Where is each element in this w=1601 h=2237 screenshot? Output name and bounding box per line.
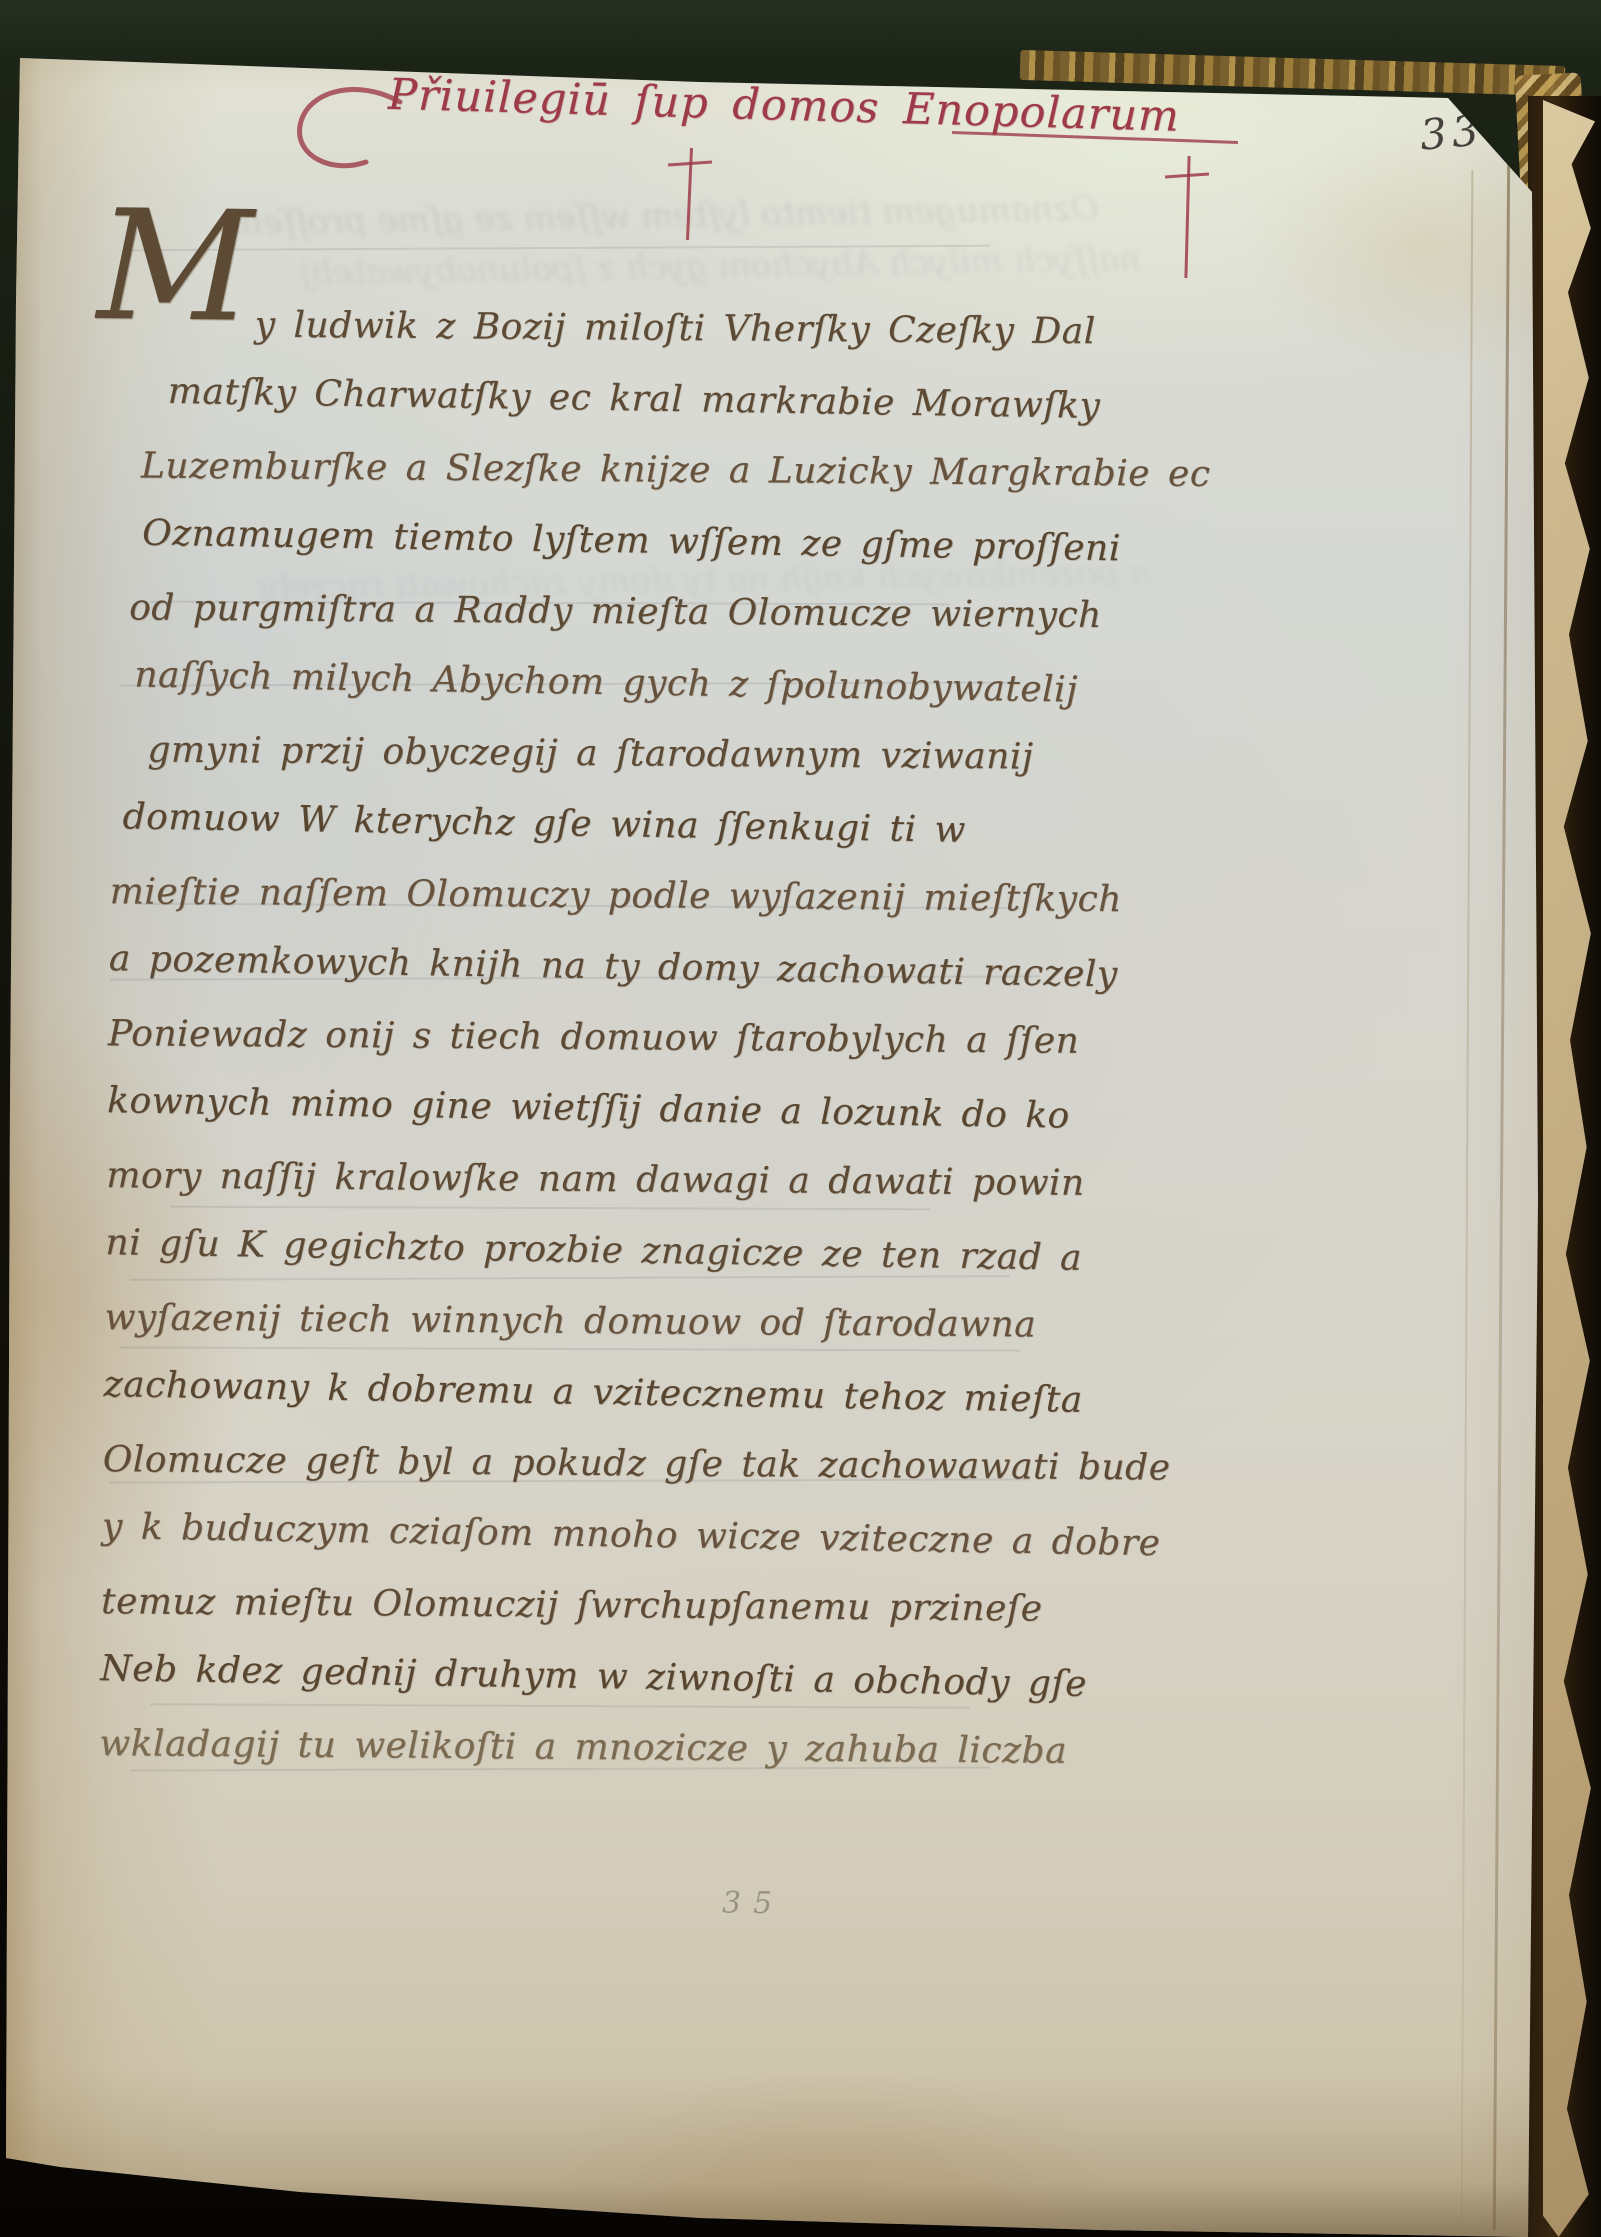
manuscript-line: wkladagij tu welikoſti a mnozicze y zahu… (99, 1708, 1088, 1787)
manuscript-line: Poniewadz onij s tiech domuow ſtarobylyc… (108, 998, 1097, 1077)
manuscript-line: Olomucze geſt byl a pokudz gſe tak zacho… (103, 1424, 1092, 1503)
text-block: M y ludwik z Bozij miloſti Vherſky Czeſk… (87, 286, 1105, 1789)
manuscript-line: od purgmiſtra a Raddy mieſta Olomucze wi… (129, 572, 1102, 651)
rubric-title: Přiuilegiū ſup domos Enopolarum (388, 74, 1269, 142)
manuscript-line: Neb kdez gednij druhym w ziwnoſti a obch… (100, 1633, 1089, 1720)
manuscript-line: mory naſſij kralowſke nam dawagi a dawat… (106, 1140, 1095, 1219)
manuscript-line: Luzemburſke a Slezſke knijze a Luzicky M… (141, 430, 1104, 509)
manuscript-line: mieſtie naſſem Olomuczy podle wyſazenij … (109, 856, 1098, 935)
drop-cap-initial: M (96, 190, 253, 344)
manuscript-line: gmyni przij obyczegij a ſtarodawnym vziw… (147, 715, 1100, 793)
vertical-fold-crease (1461, 170, 1474, 2220)
book-fore-edge-gilt-band (1020, 50, 1566, 96)
folio-number-top: 33 (1418, 105, 1485, 159)
photo-background: Oznamugem tiemto lyſtem wſſem ze gſme pr… (0, 0, 1601, 2237)
manuscript-line: kownych mimo gine wietſſij danie a lozun… (107, 1065, 1096, 1152)
manuscript-page: Oznamugem tiemto lyſtem wſſem ze gſme pr… (0, 0, 1601, 2237)
manuscript-line: y k buduczym cziaſom mnoho wicze vzitecz… (101, 1491, 1090, 1578)
text-lines: y ludwik z Bozij miloſti Vherſky Czeſky … (87, 286, 1105, 1789)
verso-show-through-line: Oznamugem tiemto lyſtem wſſem ze gſme pr… (230, 188, 1099, 243)
manuscript-line: a pozemkowych knijh na ty domy zachowati… (108, 923, 1097, 1010)
manuscript-line: temuz mieſtu Olomuczij ſwrchupſanemu prz… (101, 1566, 1090, 1645)
manuscript-line: ni gſu K gegichzto prozbie znagicze ze t… (105, 1207, 1094, 1294)
vertical-fold-crease (1493, 150, 1511, 2230)
manuscript-line: domuow W kterychz gſe wina ſſenkugi ti w (122, 781, 1099, 868)
manuscript-line: Oznamugem tiemto lyſtem wſſem ze gſme pr… (142, 498, 1103, 584)
manuscript-line: y ludwik z Bozij miloſti Vherſky Czeſky … (254, 290, 1105, 368)
folio-number-bottom: 35 (722, 1886, 784, 1921)
manuscript-line: zachowany k dobremu a vzitecznemu tehoz … (103, 1349, 1092, 1436)
manuscript-line: naſſych milych Abychom gych z ſpolunobyw… (134, 639, 1101, 726)
manuscript-line: wyſazenij tiech winnych domuow od ſtarod… (104, 1282, 1093, 1361)
manuscript-line: matſky Charwatſky ec kral markrabie Mora… (167, 356, 1104, 442)
